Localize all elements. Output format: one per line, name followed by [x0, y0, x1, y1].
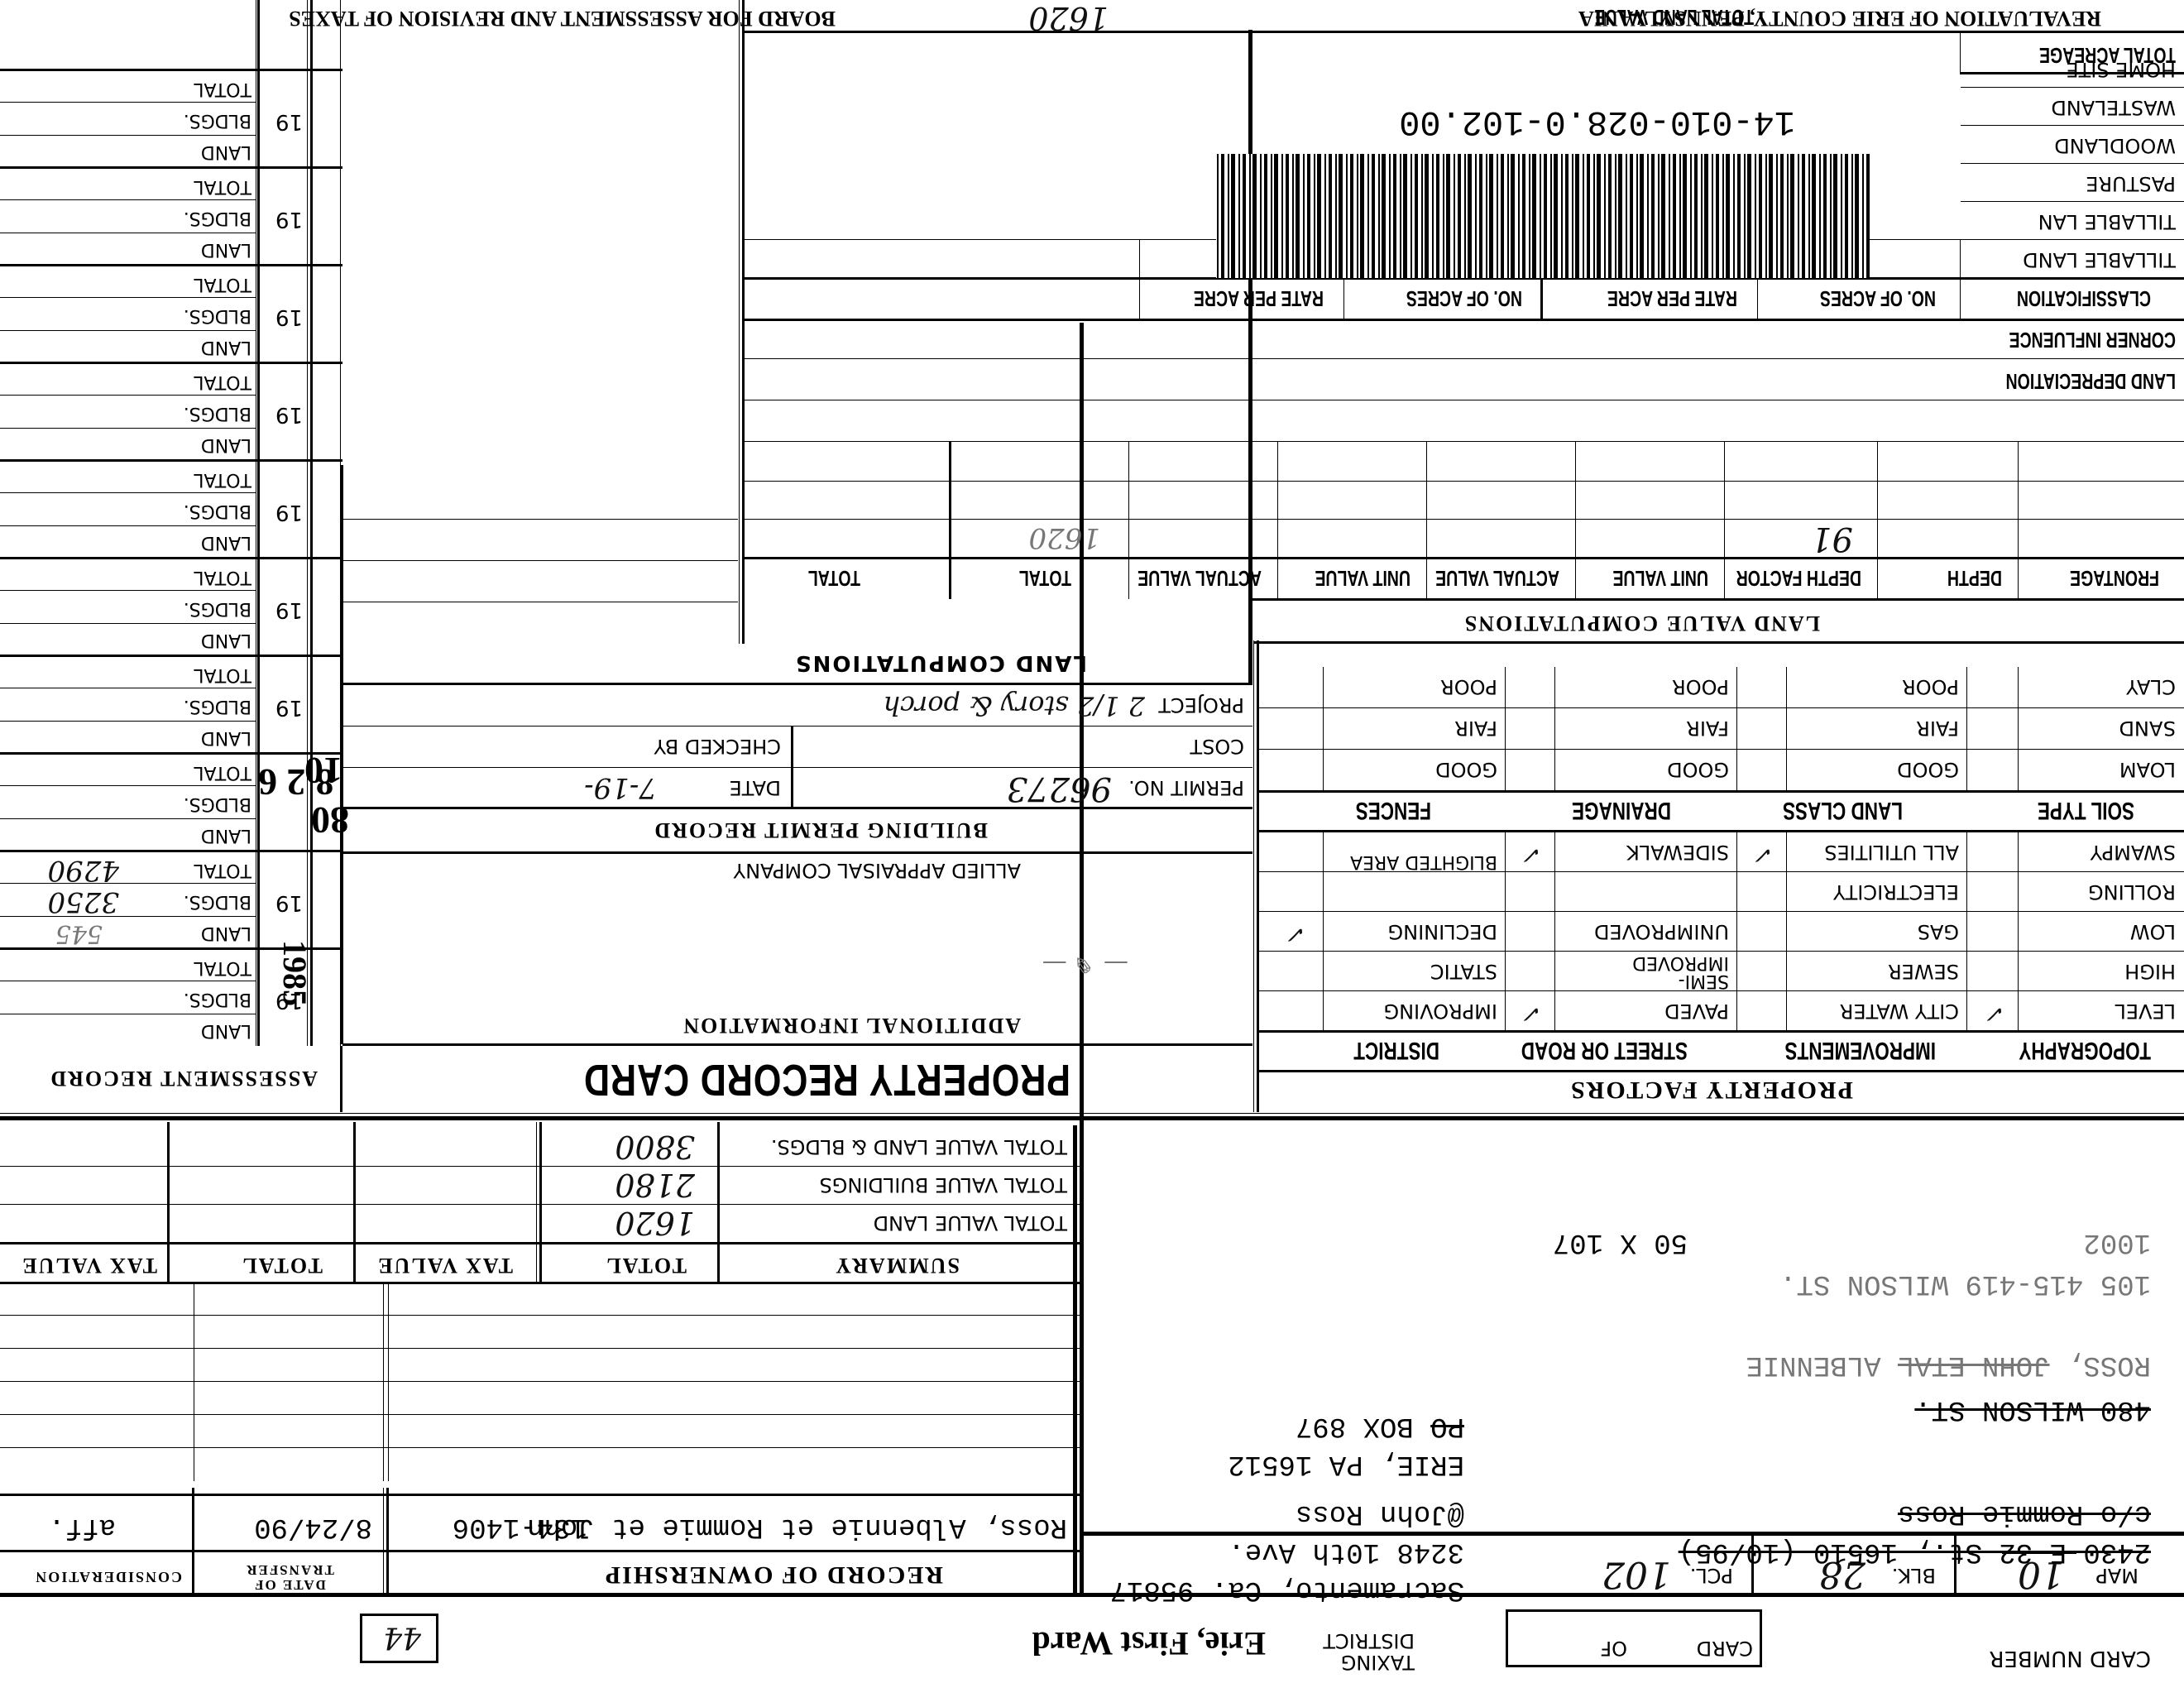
summary-value-buildings: 2180 — [615, 1167, 695, 1203]
factor-blighted-area: BLIGHTED AREA — [1348, 852, 1497, 870]
land-value-header: FRONTAGE DEPTH DEPTH FACTOR UNIT VALUE A… — [745, 559, 2184, 599]
additional-info-notes: — ✎ — — [1042, 949, 1128, 978]
check-sidewalk[interactable]: ✓ — [1524, 842, 1543, 869]
total-acreage-row: TOTAL ACREAGE — [745, 33, 2184, 74]
pcl-label: PCL. — [1690, 1564, 1733, 1587]
assessment-block-7: 19 LAND BLDGS. TOTAL — [0, 265, 342, 362]
factors2-header-row: SOIL TYPE LAND CLASS DRAINAGE FENCES — [1259, 793, 2184, 831]
factor-rolling: ROLLING — [2088, 880, 2176, 904]
ownership-section: RECORD OF OWNERSHIP DATE OF TRANSFER CON… — [0, 1479, 1084, 1595]
summary-label-total: TOTAL VALUE LAND & BLDGS. — [771, 1135, 1067, 1158]
fences-poor: POOR — [1440, 675, 1497, 698]
consideration-header: CONSIDERATION — [34, 1568, 182, 1585]
allied-appraisal-label: ALLIED APPRAISAL COMPANY — [734, 859, 1022, 882]
cost-label: COST — [1190, 735, 1244, 758]
summary-value-land: 1620 — [615, 1205, 695, 1241]
transfer-date: 8/24/90 — [254, 1511, 372, 1542]
property-record-card-title: PROPERTY RECORD CARD — [583, 1054, 1070, 1105]
legal-line-2: 105 415-419 WILSON ST. — [1779, 1268, 2151, 1299]
land-depreciation-label: LAND DEPRECIATION — [2006, 368, 2176, 394]
summary-title: SUMMARY — [834, 1253, 960, 1278]
class-tillable-lan: TILLABLE LAN — [2038, 210, 2176, 233]
taxing-district-value: Erie, First Ward — [1032, 1624, 1266, 1663]
property-factors-title: PROPERTY FACTORS — [1569, 1076, 1853, 1104]
land-computations-title: LAND COMPUTATIONS — [794, 650, 1087, 675]
factor-swampy: SWAMPY — [2091, 841, 2176, 864]
of-label: OF — [1600, 1637, 1627, 1660]
building-permit-title: BUILDING PERMIT RECORD — [653, 818, 988, 842]
legal-line-1: 1002 — [2083, 1226, 2151, 1258]
assessment-total-value: 4290 — [47, 854, 119, 887]
factor-gas: GAS — [1918, 920, 1959, 943]
property-factors: PROPERTY FACTORS TOPOGRAPHY IMPROVEMENTS… — [1259, 649, 2184, 1112]
factors-grid: LEVEL ✓ CITY WATER PAVED ✓ IMPROVING HIG… — [1259, 832, 2184, 1031]
tax-value-header: TAX VALUE — [376, 1253, 513, 1278]
check-all-utilities[interactable]: ✓ — [1755, 842, 1774, 869]
class-wasteland: WASTELAND — [2051, 96, 2176, 119]
assessment-block-1: 19 LAND 545 BLDGS. 3250 TOTAL 4290 1985 — [0, 851, 342, 948]
card-label: CARD — [1697, 1637, 1753, 1660]
class-woodland: WOODLAND — [2054, 134, 2176, 157]
date-of-transfer-header: DATE OF TRANSFER — [223, 1562, 356, 1592]
factor-sidewalk: SIDEWALK — [1626, 841, 1729, 864]
board-title: BOARD FOR ASSESSMENT AND REVISION OF TAX… — [289, 6, 836, 31]
ownership-title: RECORD OF OWNERSHIP — [604, 1561, 943, 1589]
total-acreage-label: TOTAL ACREAGE — [2039, 42, 2176, 68]
assessment-block-3: 19 LAND BLDGS. TOTAL — [0, 655, 342, 753]
care-of-line: @John Ross — [1296, 1498, 1464, 1529]
care-of-old: c/o Rommie Ross — [1898, 1498, 2151, 1529]
factor-static: STATIC — [1430, 960, 1497, 983]
fences-good: GOOD — [1435, 758, 1497, 781]
permit-no-label: PERMIT NO. — [1128, 776, 1244, 799]
adjustments: LAND DEPRECIATION CORNER INFLUENCE — [745, 318, 2184, 442]
deed-book: 134-1406 — [453, 1511, 587, 1542]
land-value-title: LAND VALUE COMPUTATIONS — [1463, 611, 1820, 635]
class-fair: FAIR — [1916, 717, 1959, 740]
assessment-block-2: 80 8 2 6 10 LAND BLDGS. TOTAL — [0, 753, 342, 851]
lot-dimensions: 50 X 107 — [1553, 1226, 1688, 1258]
city-line: ERIE, PA 16512 — [1228, 1448, 1464, 1479]
summary-label-buildings: TOTAL VALUE BUILDINGS — [820, 1173, 1067, 1196]
soil-clay: CLAY — [2126, 675, 2176, 698]
soil-sand: SAND — [2119, 717, 2176, 740]
class-tillable-land: TILLABLE LAND — [2023, 248, 2176, 271]
permit-no-value[interactable]: 96273 — [1007, 770, 1112, 808]
assessment-bldgs-value: 3250 — [47, 885, 119, 918]
pcl-value: 102 — [1602, 1553, 1671, 1595]
assessment-record-label: ASSESSMENT RECORD — [49, 1066, 318, 1091]
blank-ruled-area — [342, 0, 738, 644]
total-land-value: 1620 — [1028, 0, 1109, 36]
street-line: 3248 10th Ave. — [1228, 1536, 1464, 1567]
check-declining[interactable]: ✓ — [1288, 921, 1307, 948]
factor-semi-improved: SEMI-IMPROVED — [1597, 953, 1729, 990]
assessment-block-4: 19 LAND BLDGS. TOTAL — [0, 558, 342, 655]
factor-paved: PAVED — [1664, 1000, 1729, 1023]
blk-label: BLK. — [1892, 1564, 1936, 1587]
owner-address-block: 1002 50 X 107 105 415-419 WILSON ST. ROS… — [1084, 1125, 2184, 1531]
factor-low: LOW — [2130, 920, 2176, 943]
factor-improving: IMPROVING — [1384, 1000, 1497, 1023]
factor-city-water: CITY WATER — [1840, 1000, 1959, 1023]
assessment-record: 19 LAND BLDGS. TOTAL 19 LAND 545 BLDGS. … — [0, 0, 342, 1046]
corner-influence-label: CORNER INFLUENCE — [2009, 327, 2176, 352]
drainage-poor: POOR — [1672, 675, 1729, 698]
old-address-line: 480 WILSON ST. — [1914, 1393, 2151, 1425]
map-label: MAP — [2095, 1564, 2138, 1587]
stamp-year: 1985 — [275, 940, 314, 1006]
card-of-box[interactable]: CARD OF — [1506, 1609, 1762, 1667]
owner-name: Ross, Albennie et Rommie et John — [527, 1511, 1067, 1542]
class-poor: POOR — [1902, 675, 1959, 698]
summary-value-total: 3800 — [615, 1129, 695, 1165]
assessment-block-6: 19 LAND BLDGS. TOTAL — [0, 362, 342, 460]
assessment-land-value: 545 — [55, 919, 103, 948]
drainage-fair: FAIR — [1686, 717, 1729, 740]
po-box-line: PO BOX 897 — [1296, 1410, 1464, 1441]
class-pasture: PASTURE — [2086, 172, 2176, 195]
old-address-2: 2430 E 32 St., 16510 (10/95) — [1679, 1536, 2151, 1567]
project-label: PROJECT — [1158, 693, 1244, 717]
checked-by-label: CHECKED BY — [654, 735, 781, 758]
county-title: REVALUATION OF ERIE COUNTY, PENNSYLVANIA — [1578, 6, 2101, 31]
title-row: PROPERTY RECORD CARD ASSESSMENT RECORD — [0, 1046, 1252, 1112]
taxing-district-label: TAXING DISTRICT — [1299, 1630, 1415, 1673]
property-record-card: CARD NUMBER CARD OF TAXING DISTRICT Erie… — [0, 0, 2184, 1688]
assessment-block-5: 19 LAND BLDGS. TOTAL — [0, 460, 342, 558]
parcel-id: 14-010-028.0-102.00 — [1399, 102, 1795, 141]
summary-table: SUMMARY TOTAL TAX VALUE TOTAL TAX VALUE … — [0, 1122, 1084, 1284]
land-total-value: 1620 — [1028, 521, 1100, 554]
summary-total-header-2: TOTAL — [241, 1253, 323, 1278]
city2-line: Sacramento, Ca. 95817 — [1110, 1574, 1464, 1605]
check-level[interactable]: ✓ — [1987, 1000, 2006, 1028]
fences-fair: FAIR — [1454, 717, 1497, 740]
soil-loam: LOAM — [2119, 758, 2176, 781]
factor-electricity: ELECTRICITY — [1833, 880, 1959, 904]
date-label: DATE — [730, 776, 781, 799]
barcode — [1216, 154, 1870, 278]
additional-info-title: ADDITIONAL INFORMATION — [682, 1013, 1021, 1038]
factor-all-utilities: ALL UTILITIES — [1824, 841, 1959, 864]
classification-header: CLASSIFICATION NO. OF ACRES RATE PER ACR… — [745, 280, 2184, 319]
summary-total-header: TOTAL — [605, 1253, 687, 1278]
factors-header-row: TOPOGRAPHY IMPROVEMENTS STREET OR ROAD D… — [1259, 1033, 2184, 1071]
project-value[interactable]: 2 1/2 story & porch — [883, 690, 1145, 722]
factors2-grid: LOAM GOOD GOOD GOOD SAND FAIR FAIR FAIR … — [1259, 667, 2184, 791]
depth-factor-value: 91 — [1811, 520, 1853, 558]
drainage-good: GOOD — [1667, 758, 1729, 781]
factor-high: HIGH — [2124, 960, 2176, 983]
factor-sewer: SEWER — [1888, 960, 1959, 983]
owner-name-line: ROSS, JOHN ETAL ALBENNIE — [1746, 1349, 2151, 1380]
date-value[interactable]: 7-19- — [584, 771, 657, 804]
ownership-blank-rows — [0, 1283, 1084, 1481]
check-paved[interactable]: ✓ — [1524, 1000, 1543, 1028]
stamp-box: 44 — [360, 1614, 438, 1663]
tax-value-header-2: TAX VALUE — [21, 1253, 157, 1278]
factor-unimproved: UNIMPROVED — [1594, 920, 1729, 943]
assessment-block-9: 19 LAND BLDGS. TOTAL — [0, 60, 342, 167]
class-good: GOOD — [1897, 758, 1959, 781]
factor-declining: DECLINING — [1388, 920, 1497, 943]
card-number-label: CARD NUMBER — [1989, 1647, 2151, 1670]
factor-level: LEVEL — [2115, 1000, 2177, 1023]
summary-label-land: TOTAL VALUE LAND — [874, 1211, 1067, 1235]
additional-info-section: ADDITIONAL INFORMATION — ✎ — ALLIED APPR… — [342, 854, 1252, 1044]
consideration-value: aff. — [48, 1511, 116, 1542]
assessment-block-8: 19 LAND BLDGS. TOTAL — [0, 167, 342, 265]
